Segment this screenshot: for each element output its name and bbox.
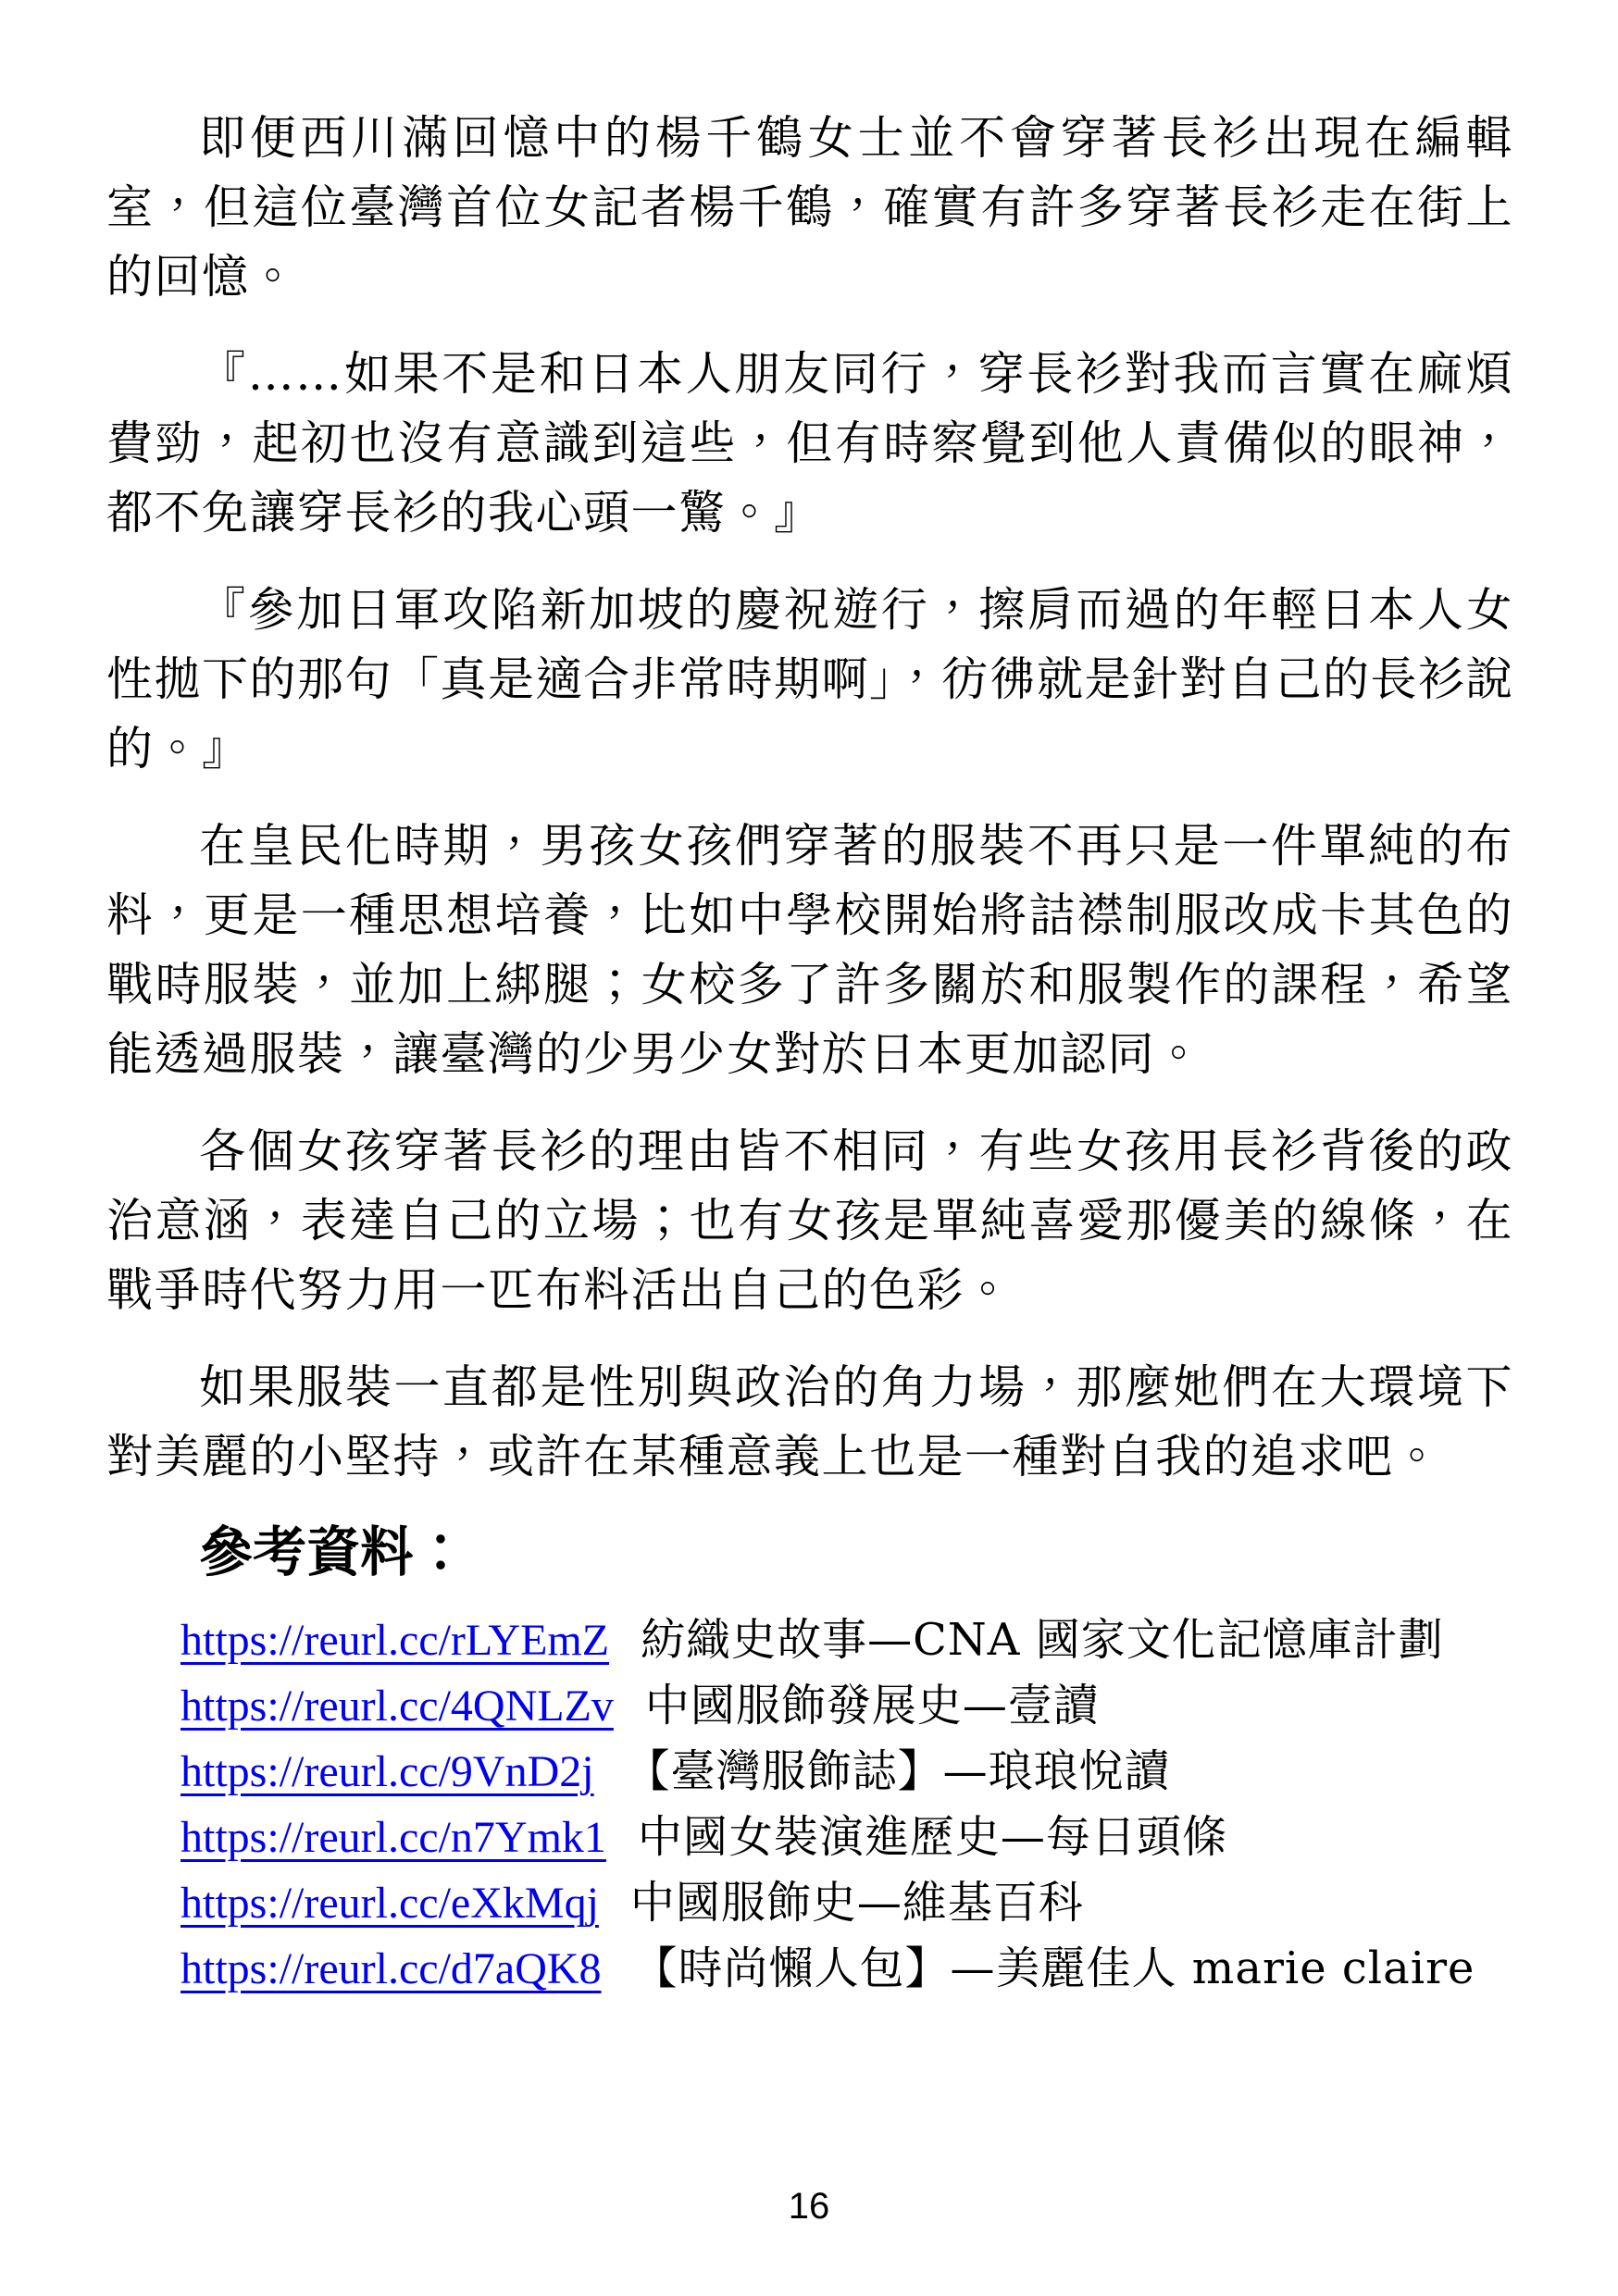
reference-item: https://reurl.cc/n7Ymk1中國女裝演進歷史—每日頭條 [180,1805,1513,1870]
reference-link[interactable]: https://reurl.cc/eXkMqj [180,1879,599,1928]
body-paragraph: 在皇民化時期，男孩女孩們穿著的服裝不再只是一件單純的布料，更是一種思想培養，比如… [106,812,1513,1089]
reference-description: 【時尚懶人包】—美麗佳人 marie claire [633,1942,1475,1994]
reference-link[interactable]: https://reurl.cc/n7Ymk1 [180,1813,606,1862]
reference-list: https://reurl.cc/rLYEmZ紡織史故事—CNA 國家文化記憶庫… [180,1607,1513,2002]
reference-link[interactable]: https://reurl.cc/4QNLZv [180,1682,614,1731]
reference-item: https://reurl.cc/eXkMqj中國服飾史—維基百科 [180,1870,1513,1936]
reference-link[interactable]: https://reurl.cc/d7aQK8 [180,1944,602,1993]
reference-item: https://reurl.cc/9VnD2j【臺灣服飾誌】—琅琅悅讀 [180,1739,1513,1805]
reference-description: 紡織史故事—CNA 國家文化記憶庫計劃 [641,1614,1444,1666]
reference-item: https://reurl.cc/4QNLZv中國服飾發展史—壹讀 [180,1673,1513,1739]
page-number: 16 [0,2186,1618,2228]
reference-description: 中國服飾發展史—壹讀 [645,1680,1099,1731]
reference-description: 中國服飾史—維基百科 [630,1877,1084,1929]
references-heading: 參考資料： [199,1520,1513,1584]
reference-link[interactable]: https://reurl.cc/9VnD2j [180,1747,594,1796]
document-page: 即便西川滿回憶中的楊千鶴女士並不會穿著長衫出現在編輯室，但這位臺灣首位女記者楊千… [0,0,1618,2296]
reference-description: 中國女裝演進歷史—每日頭條 [638,1811,1227,1863]
reference-item: https://reurl.cc/rLYEmZ紡織史故事—CNA 國家文化記憶庫… [180,1607,1513,1673]
quote-paragraph: 『參加日軍攻陷新加坡的慶祝遊行，擦肩而過的年輕日本人女性拋下的那句「真是適合非常… [106,576,1513,784]
body-paragraph: 各個女孩穿著長衫的理由皆不相同，有些女孩用長衫背後的政治意涵，表達自己的立場；也… [106,1117,1513,1325]
reference-item: https://reurl.cc/d7aQK8【時尚懶人包】—美麗佳人 mari… [180,1936,1513,2002]
body-paragraph: 如果服裝一直都是性別與政治的角力場，那麼她們在大環境下對美麗的小堅持，或許在某種… [106,1353,1513,1492]
reference-link[interactable]: https://reurl.cc/rLYEmZ [180,1616,609,1665]
body-paragraph: 即便西川滿回憶中的楊千鶴女士並不會穿著長衫出現在編輯室，但這位臺灣首位女記者楊千… [106,104,1513,312]
reference-description: 【臺灣服飾誌】—琅琅悅讀 [626,1745,1170,1797]
quote-paragraph: 『……如果不是和日本人朋友同行，穿長衫對我而言實在麻煩費勁，起初也沒有意識到這些… [106,340,1513,548]
page-content: 即便西川滿回憶中的楊千鶴女士並不會穿著長衫出現在編輯室，但這位臺灣首位女記者楊千… [106,104,1513,2002]
